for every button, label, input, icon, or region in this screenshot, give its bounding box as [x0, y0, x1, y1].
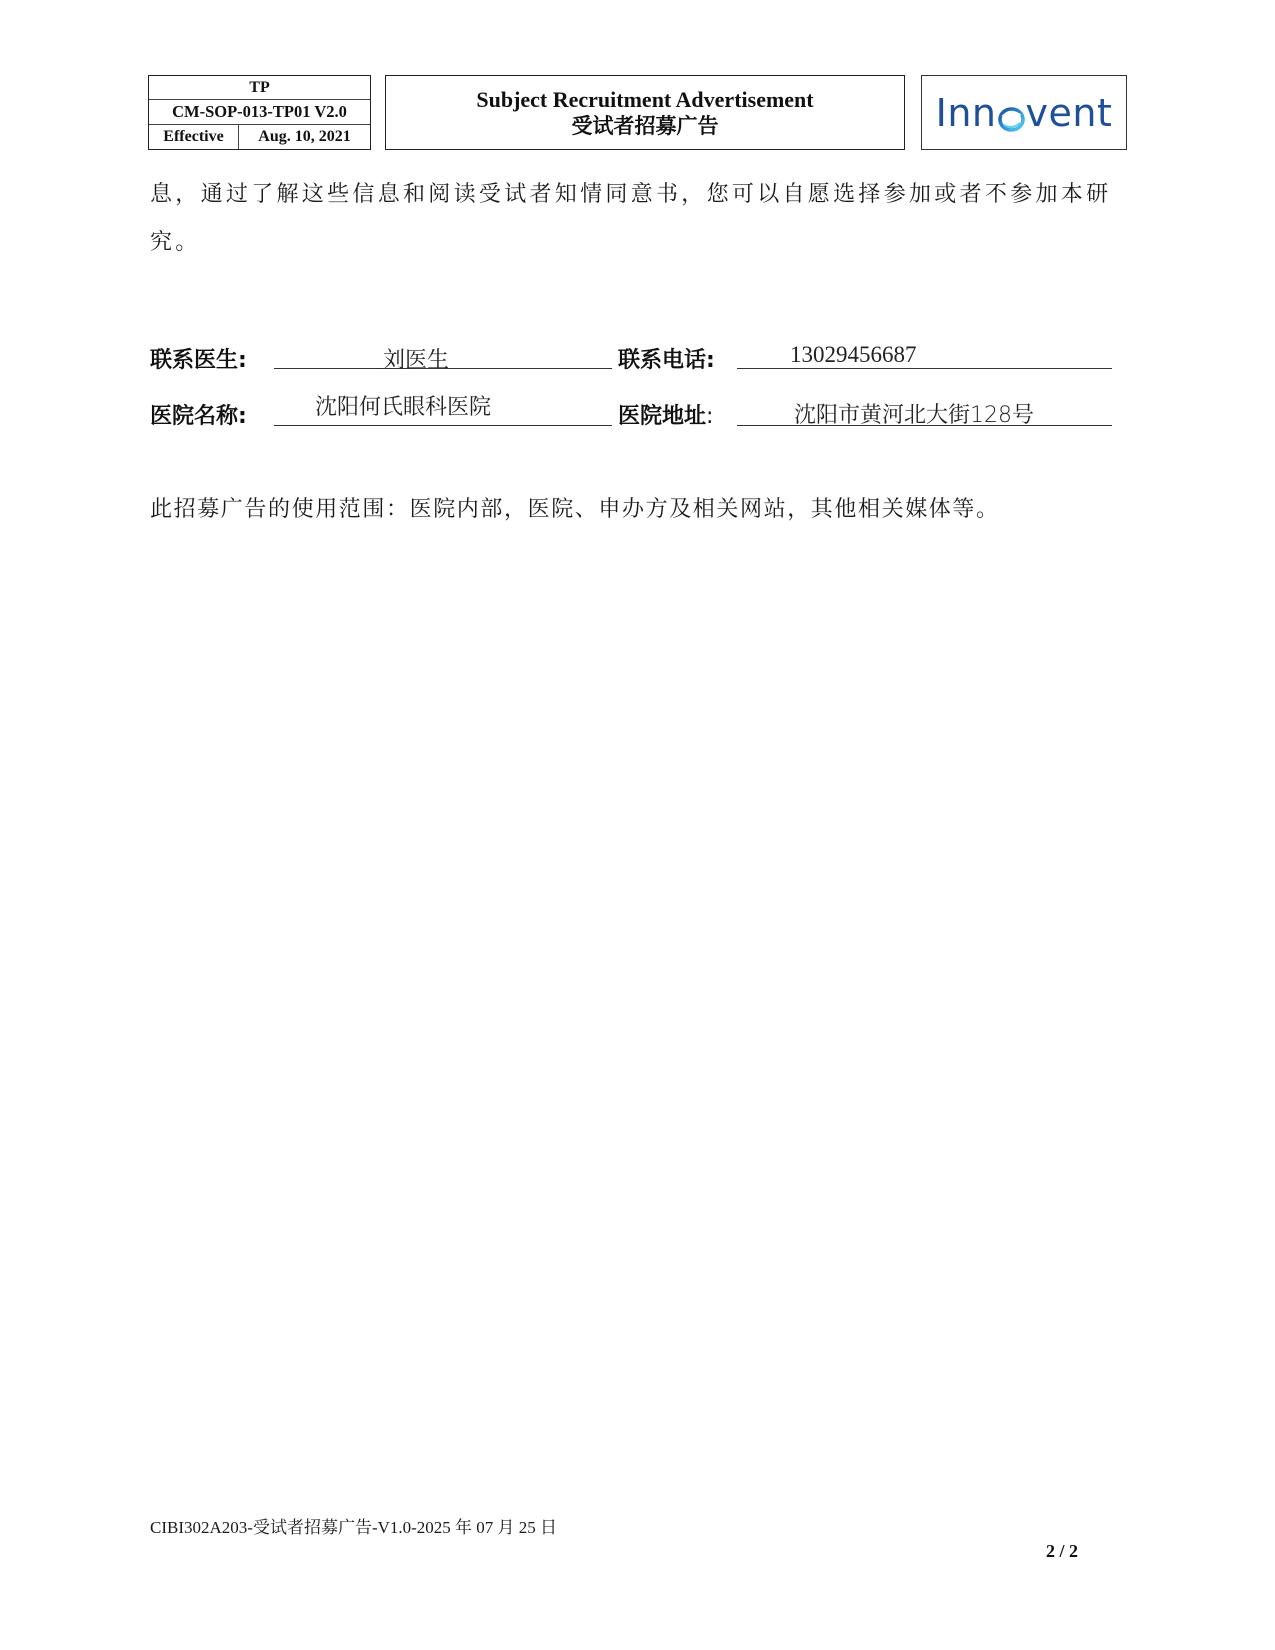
hospital-address-label-wrap: 医院地址: — [618, 399, 713, 430]
effective-row: Effective Aug. 10, 2021 — [149, 125, 370, 149]
logo-suffix: vent — [1026, 94, 1113, 132]
footer-document-id: CIBI302A203-受试者招募广告-V1.0-2025 年 07 月 25 … — [150, 1513, 557, 1538]
hospital-name-value: 沈阳何氏眼科医院 — [315, 390, 491, 421]
hospital-name-label: 医院名称: — [150, 399, 247, 430]
effective-label: Effective — [149, 125, 239, 149]
hospital-address-value: 沈阳市黄河北大街128号 — [794, 398, 1034, 429]
logo-prefix: Inn — [936, 94, 997, 132]
contact-phone-value: 13029456687 — [790, 342, 917, 368]
doc-type-cell: TP — [149, 76, 370, 100]
contact-phone-field[interactable] — [737, 368, 1112, 369]
contact-doctor-label: 联系医生: — [150, 343, 247, 374]
contact-doctor-value: 刘医生 — [383, 343, 449, 374]
swirl-o-logo-icon — [998, 101, 1025, 128]
paragraph-line-2: 究。 — [150, 225, 201, 256]
paragraph-line-1: 息，通过了解这些信息和阅读受试者知情同意书，您可以自愿选择参加或者不参加本研 — [150, 177, 1111, 208]
hospital-address-colon: : — [706, 404, 713, 429]
document-title-box: Subject Recruitment Advertisement 受试者招募广… — [385, 75, 905, 150]
document-control-table: TP CM-SOP-013-TP01 V2.0 Effective Aug. 1… — [148, 75, 371, 150]
usage-scope-text: 此招募广告的使用范围：医院内部，医院、申办方及相关网站，其他相关媒体等。 — [150, 492, 1000, 523]
doc-code-cell: CM-SOP-013-TP01 V2.0 — [149, 100, 370, 125]
title-chinese: 受试者招募广告 — [572, 113, 719, 140]
page-number: 2 / 2 — [1046, 1541, 1078, 1562]
title-english: Subject Recruitment Advertisement — [476, 86, 813, 113]
hospital-name-field[interactable] — [274, 425, 612, 426]
contact-phone-label: 联系电话: — [618, 343, 715, 374]
innovent-logo: Inn vent — [936, 94, 1113, 132]
effective-date: Aug. 10, 2021 — [239, 125, 370, 149]
hospital-address-label: 医院地址 — [618, 404, 706, 429]
company-logo-box: Inn vent — [921, 75, 1127, 150]
